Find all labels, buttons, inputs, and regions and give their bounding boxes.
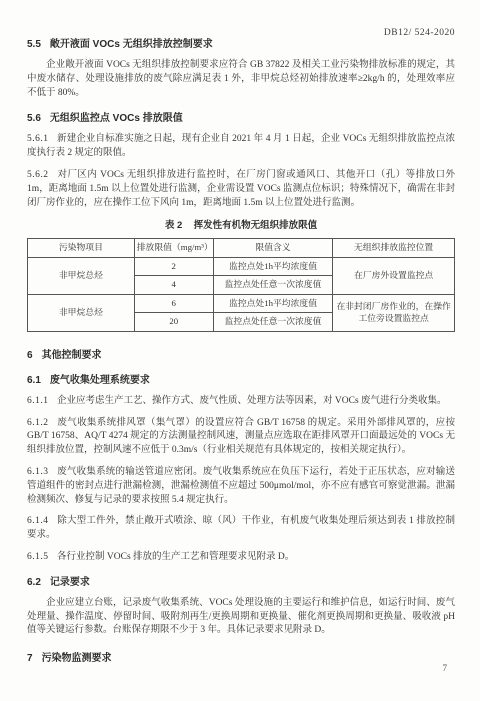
section-7-number: 7 (27, 653, 33, 664)
header-limit: 排放限值（mg/m³） (134, 239, 213, 258)
clause-6-1-2-number: 6.1.2 (27, 418, 49, 428)
table-row: 非甲烷总烃 6 监控点处1h平均浓度值 在非封闭厂房作业的，在操作工位旁设置监控… (28, 294, 455, 313)
section-6-title: 其他控制要求 (42, 350, 102, 361)
section-6-1-title: 废气收集处理系统要求 (50, 375, 150, 386)
cell-location-group1: 在厂房外设置监控点 (333, 257, 455, 294)
section-5-6-number: 5.6 (27, 113, 41, 124)
clause-6-1-3: 6.1.3废气收集系统的输送管道应密闭。废气收集系统应在负压下运行，若处于正压状… (27, 466, 455, 507)
table-2-voc-fugitive-limits: 污染物项目 排放限值（mg/m³） 限值含义 无组织排放监控位置 非甲烷总烃 2… (27, 238, 455, 332)
section-5-5-number: 5.5 (27, 39, 41, 50)
section-5-5-title: 敞开液面 VOCs 无组织排放控制要求 (50, 39, 213, 50)
cell-limit-g2r1: 6 (134, 294, 213, 313)
cell-location-group2: 在非封闭厂房作业的，在操作工位旁设置监控点 (333, 294, 455, 331)
clause-6-1-4: 6.1.4除大型工件外，禁止敞开式喷涂、晾（风）干作业，有机废气收集处理后须达到… (27, 515, 455, 543)
cell-meaning-g1r2: 监控点处任意一次浓度值 (213, 276, 333, 295)
clause-6-1-2: 6.1.2废气收集系统排风罩（集气罩）的设置应符合 GB/T 16758 的规定… (27, 417, 455, 458)
section-6-number: 6 (27, 350, 33, 361)
section-6-1-heading: 6.1废气收集处理系统要求 (27, 374, 455, 387)
clause-6-1-1: 6.1.1企业应考虑生产工艺、操作方式、废气性质、处理方法等因素，对 VOCs … (27, 395, 455, 409)
table-row: 非甲烷总烃 2 监控点处1h平均浓度值 在厂房外设置监控点 (28, 257, 455, 276)
clause-6-1-1-text: 企业应考虑生产工艺、操作方式、废气性质、处理方法等因素，对 VOCs 废气进行分… (57, 396, 447, 406)
section-6-2-number: 6.2 (27, 577, 41, 588)
cell-meaning-g2r2: 监控点处任意一次浓度值 (213, 313, 333, 332)
clause-6-1-3-text: 废气收集系统的输送管道应密闭。废气收集系统应在负压下运行，若处于正压状态，应对输… (27, 467, 455, 505)
cell-pollutant-group2: 非甲烷总烃 (28, 294, 135, 331)
cell-meaning-g2r1: 监控点处1h平均浓度值 (213, 294, 333, 313)
section-6-2-paragraph: 企业应建立台账，记录废气收集系统、VOCs 处理设施的主要运行和维护信息，如运行… (27, 597, 455, 638)
section-5-6-heading: 5.6无组织监控点 VOCs 排放限值 (27, 112, 455, 125)
clause-6-1-4-text: 除大型工件外，禁止敞开式喷涂、晾（风）干作业，有机废气收集处理后须达到表 1 排… (27, 516, 455, 540)
section-5-5-heading: 5.5敞开液面 VOCs 无组织排放控制要求 (27, 38, 455, 51)
table-header-row: 污染物项目 排放限值（mg/m³） 限值含义 无组织排放监控位置 (28, 239, 455, 258)
header-location: 无组织排放监控位置 (333, 239, 455, 258)
header-pollutant: 污染物项目 (28, 239, 135, 258)
section-5-5-paragraph: 企业敞开液面 VOCs 无组织排放控制要求应符合 GB 37822 及相关工业污… (27, 59, 455, 100)
cell-meaning-g1r1: 监控点处1h平均浓度值 (213, 257, 333, 276)
table-2-caption-title: 挥发性有机物无组织排放限值 (194, 220, 318, 231)
section-5-6-title: 无组织监控点 VOCs 排放限值 (50, 113, 183, 124)
clause-5-6-1: 5.6.1新建企业自标准实施之日起，现有企业自 2021 年 4 月 1 日起，… (27, 133, 455, 161)
table-2-caption: 表 2挥发性有机物无组织排放限值 (27, 220, 455, 232)
clause-6-1-3-number: 6.1.3 (27, 467, 49, 477)
page-number: 7 (443, 663, 448, 673)
clause-6-1-5-text: 各行业控制 VOCs 排放的生产工艺和管理要求见附录 D。 (57, 552, 294, 562)
cell-limit-g2r2: 20 (134, 313, 213, 332)
section-6-heading: 6其他控制要求 (27, 349, 455, 362)
header-meaning: 限值含义 (213, 239, 333, 258)
clause-5-6-1-text: 新建企业自标准实施之日起，现有企业自 2021 年 4 月 1 日起，企业 VO… (27, 134, 455, 158)
cell-limit-g1r1: 2 (134, 257, 213, 276)
clause-6-1-5-number: 6.1.5 (27, 552, 49, 562)
doc-number: DB12/ 524-2020 (27, 28, 455, 38)
clause-5-6-2: 5.6.2对厂区内 VOCs 无组织排放进行监控时，在厂房门窗或通风口、其他开口… (27, 169, 455, 210)
section-6-2-heading: 6.2记录要求 (27, 576, 455, 589)
clause-6-1-5: 6.1.5各行业控制 VOCs 排放的生产工艺和管理要求见附录 D。 (27, 551, 455, 565)
clause-5-6-2-text: 对厂区内 VOCs 无组织排放进行监控时，在厂房门窗或通风口、其他开口（孔）等排… (27, 170, 455, 208)
table-2-caption-number: 表 2 (165, 220, 182, 231)
clause-5-6-2-number: 5.6.2 (27, 170, 49, 180)
section-6-1-number: 6.1 (27, 375, 41, 386)
clause-6-1-1-number: 6.1.1 (27, 396, 49, 406)
section-7-heading: 7污染物监测要求 (27, 652, 455, 665)
clause-6-1-2-text: 废气收集系统排风罩（集气罩）的设置应符合 GB/T 16758 的规定。采用外部… (27, 418, 455, 456)
document-page: DB12/ 524-2020 5.5敞开液面 VOCs 无组织排放控制要求 企业… (0, 0, 480, 701)
section-6-2-title: 记录要求 (50, 577, 90, 588)
cell-limit-g1r2: 4 (134, 276, 213, 295)
section-7-title: 污染物监测要求 (42, 653, 112, 664)
clause-6-1-4-number: 6.1.4 (27, 516, 49, 526)
cell-pollutant-group1: 非甲烷总烃 (28, 257, 135, 294)
clause-5-6-1-number: 5.6.1 (27, 134, 49, 144)
